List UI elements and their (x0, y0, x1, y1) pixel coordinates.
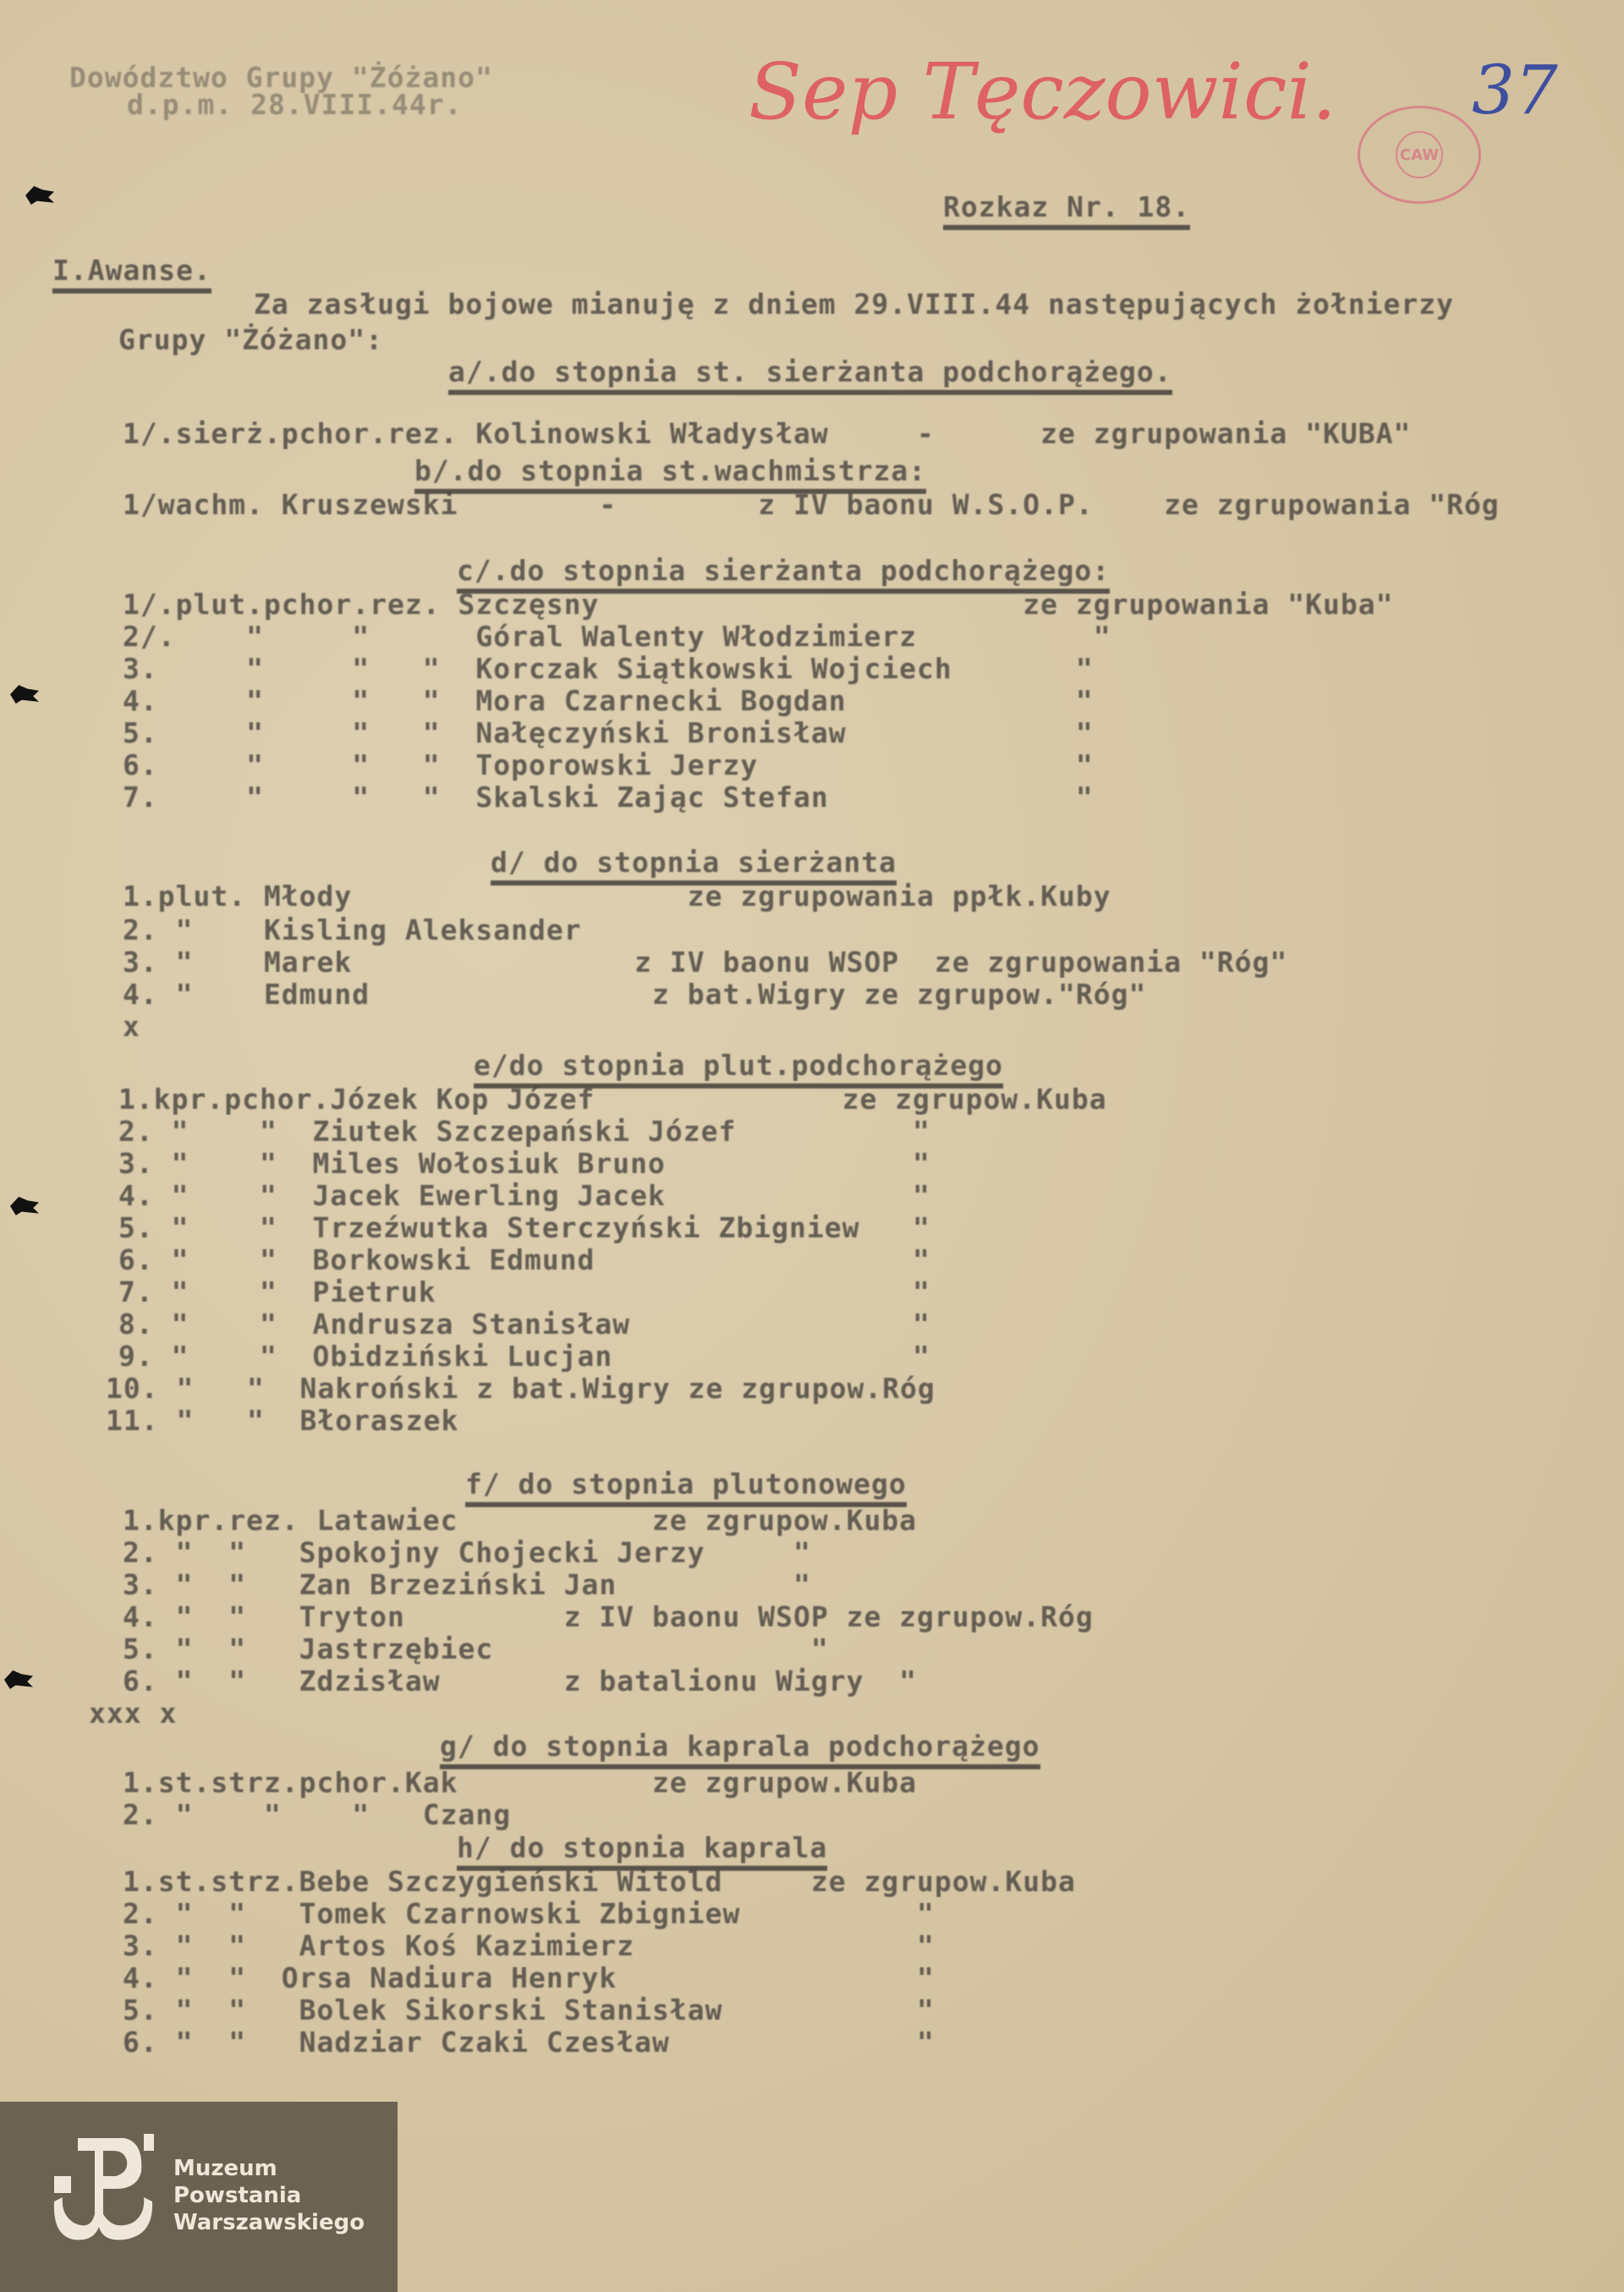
list-item: 9. " " Obidziński Lucjan " (118, 1340, 930, 1373)
list-item: x (123, 1010, 140, 1043)
museum-name-line2: Powstania (173, 2182, 365, 2209)
list-item: 8. " " Andrusza Stanisław " (118, 1308, 930, 1341)
list-item: 4. " " Tryton z IV baonu WSOP ze zgrupow… (123, 1600, 1094, 1633)
list-item: 1.st.strz.Bebe Szczygieński Witold ze zg… (123, 1865, 1076, 1898)
list-item: 1.kpr.rez. Latawiec ze zgrupow.Kuba (123, 1504, 917, 1537)
section-heading: I.Awanse. (52, 254, 211, 293)
punch-hole-icon (4, 1670, 33, 1689)
list-item: 6. " " Borkowski Edmund " (118, 1243, 930, 1276)
list-item: 4. " " Jacek Ewerling Jacek " (118, 1179, 930, 1212)
list-item: 2/. " " Góral Walenty Włodzimierz " (123, 620, 1111, 653)
list-item: 5. " " " Nałęczyński Bronisław " (123, 716, 1094, 749)
punch-hole-icon (10, 685, 39, 704)
punch-hole-icon (10, 1197, 39, 1215)
list-item: 3. " " Zan Brzeziński Jan " (123, 1568, 811, 1601)
museum-name-line1: Muzeum (173, 2155, 365, 2182)
list-item: 6. " " Nadziar Czaki Czesław " (123, 2026, 935, 2059)
list-item: 2. " " " Czang (123, 1798, 511, 1831)
list-item: xxx x (89, 1697, 177, 1730)
list-item: 11. " " Błoraszek (106, 1404, 458, 1437)
archive-stamp: CAW (1358, 106, 1481, 204)
list-item: 10. " " Nakroński z bat.Wigry ze zgrupow… (106, 1372, 935, 1405)
list-item: 1.kpr.pchor.Józek Kop Józef ze zgrupow.K… (118, 1083, 1107, 1116)
list-item: 7. " " " Skalski Zając Stefan " (123, 781, 1094, 814)
list-item: 6. " " " Toporowski Jerzy " (123, 748, 1094, 781)
list-item: 5. " " Trzeźwutka Sterczyński Zbigniew " (118, 1211, 930, 1244)
list-item: 6. " " Zdzisław z batalionu Wigry " (123, 1664, 917, 1697)
stamp-center: CAW (1396, 131, 1443, 178)
list-item: 2. " " Spokojny Chojecki Jerzy " (123, 1536, 811, 1569)
order-title: Rozkaz Nr. 18. (943, 190, 1190, 230)
list-item: 2. " " Tomek Czarnowski Zbigniew " (123, 1897, 935, 1930)
handwritten-annotation: Sep Tęczowici. (749, 47, 1336, 137)
list-item: 2. " " Ziutek Szczepański Józef " (118, 1115, 930, 1148)
museum-name-line3: Warszawskiego (173, 2209, 365, 2236)
list-item: 1/.sierż.pchor.rez. Kolinowski Władysław… (123, 417, 1411, 450)
punch-hole-icon (25, 186, 54, 205)
list-item: 1.st.strz.pchor.Kak ze zgrupow.Kuba (123, 1766, 917, 1799)
list-item: 1/.plut.pchor.rez. Szczęsny ze zgrupowan… (123, 588, 1393, 621)
list-item: 3. " " " Korczak Siątkowski Wojciech " (123, 652, 1094, 685)
list-item: 4. " " Orsa Nadiura Henryk " (123, 1961, 935, 1994)
unit-header-line2: d.p.m. 28.VIII.44r. (127, 88, 463, 121)
intro-line-1: Za zasługi bojowe mianuję z dniem 29.VII… (254, 288, 1454, 321)
museum-watermark: Muzeum Powstania Warszawskiego (0, 2102, 398, 2292)
list-item: 7. " " Pietruk " (118, 1275, 930, 1308)
list-item: 2. " Kisling Aleksander (123, 913, 582, 946)
list-item: 3. " " Artos Koś Kazimierz " (123, 1929, 935, 1962)
list-item: 5. " " Bolek Sikorski Stanisław " (123, 1993, 935, 2026)
list-item: 1/wachm. Kruszewski - z IV baonu W.S.O.P… (123, 488, 1500, 521)
list-item: 3. " Marek z IV baonu WSOP ze zgrupowani… (123, 946, 1287, 979)
museum-name: Muzeum Powstania Warszawskiego (173, 2155, 365, 2236)
intro-line-2: Grupy "Żóżano": (118, 323, 383, 356)
page-number: 37 (1472, 51, 1558, 129)
list-item: 4. " Edmund z bat.Wigry ze zgrupow."Róg" (123, 978, 1146, 1011)
group-f-heading: f/ do stopnia plutonowego (465, 1467, 907, 1507)
list-item: 5. " " Jastrzębiec " (123, 1632, 829, 1665)
list-item: 1.plut. Młody ze zgrupowania ppłk.Kuby (123, 880, 1111, 913)
polska-walczaca-logo-icon (52, 2134, 154, 2244)
list-item: 4. " " " Mora Czarnecki Bogdan " (123, 684, 1094, 717)
group-g-heading: g/ do stopnia kaprala podchorążego (440, 1730, 1040, 1769)
list-item: 3. " " Miles Wołosiuk Bruno " (118, 1147, 930, 1180)
group-a-heading: a/.do stopnia st. sierżanta podchorążego… (448, 355, 1172, 395)
